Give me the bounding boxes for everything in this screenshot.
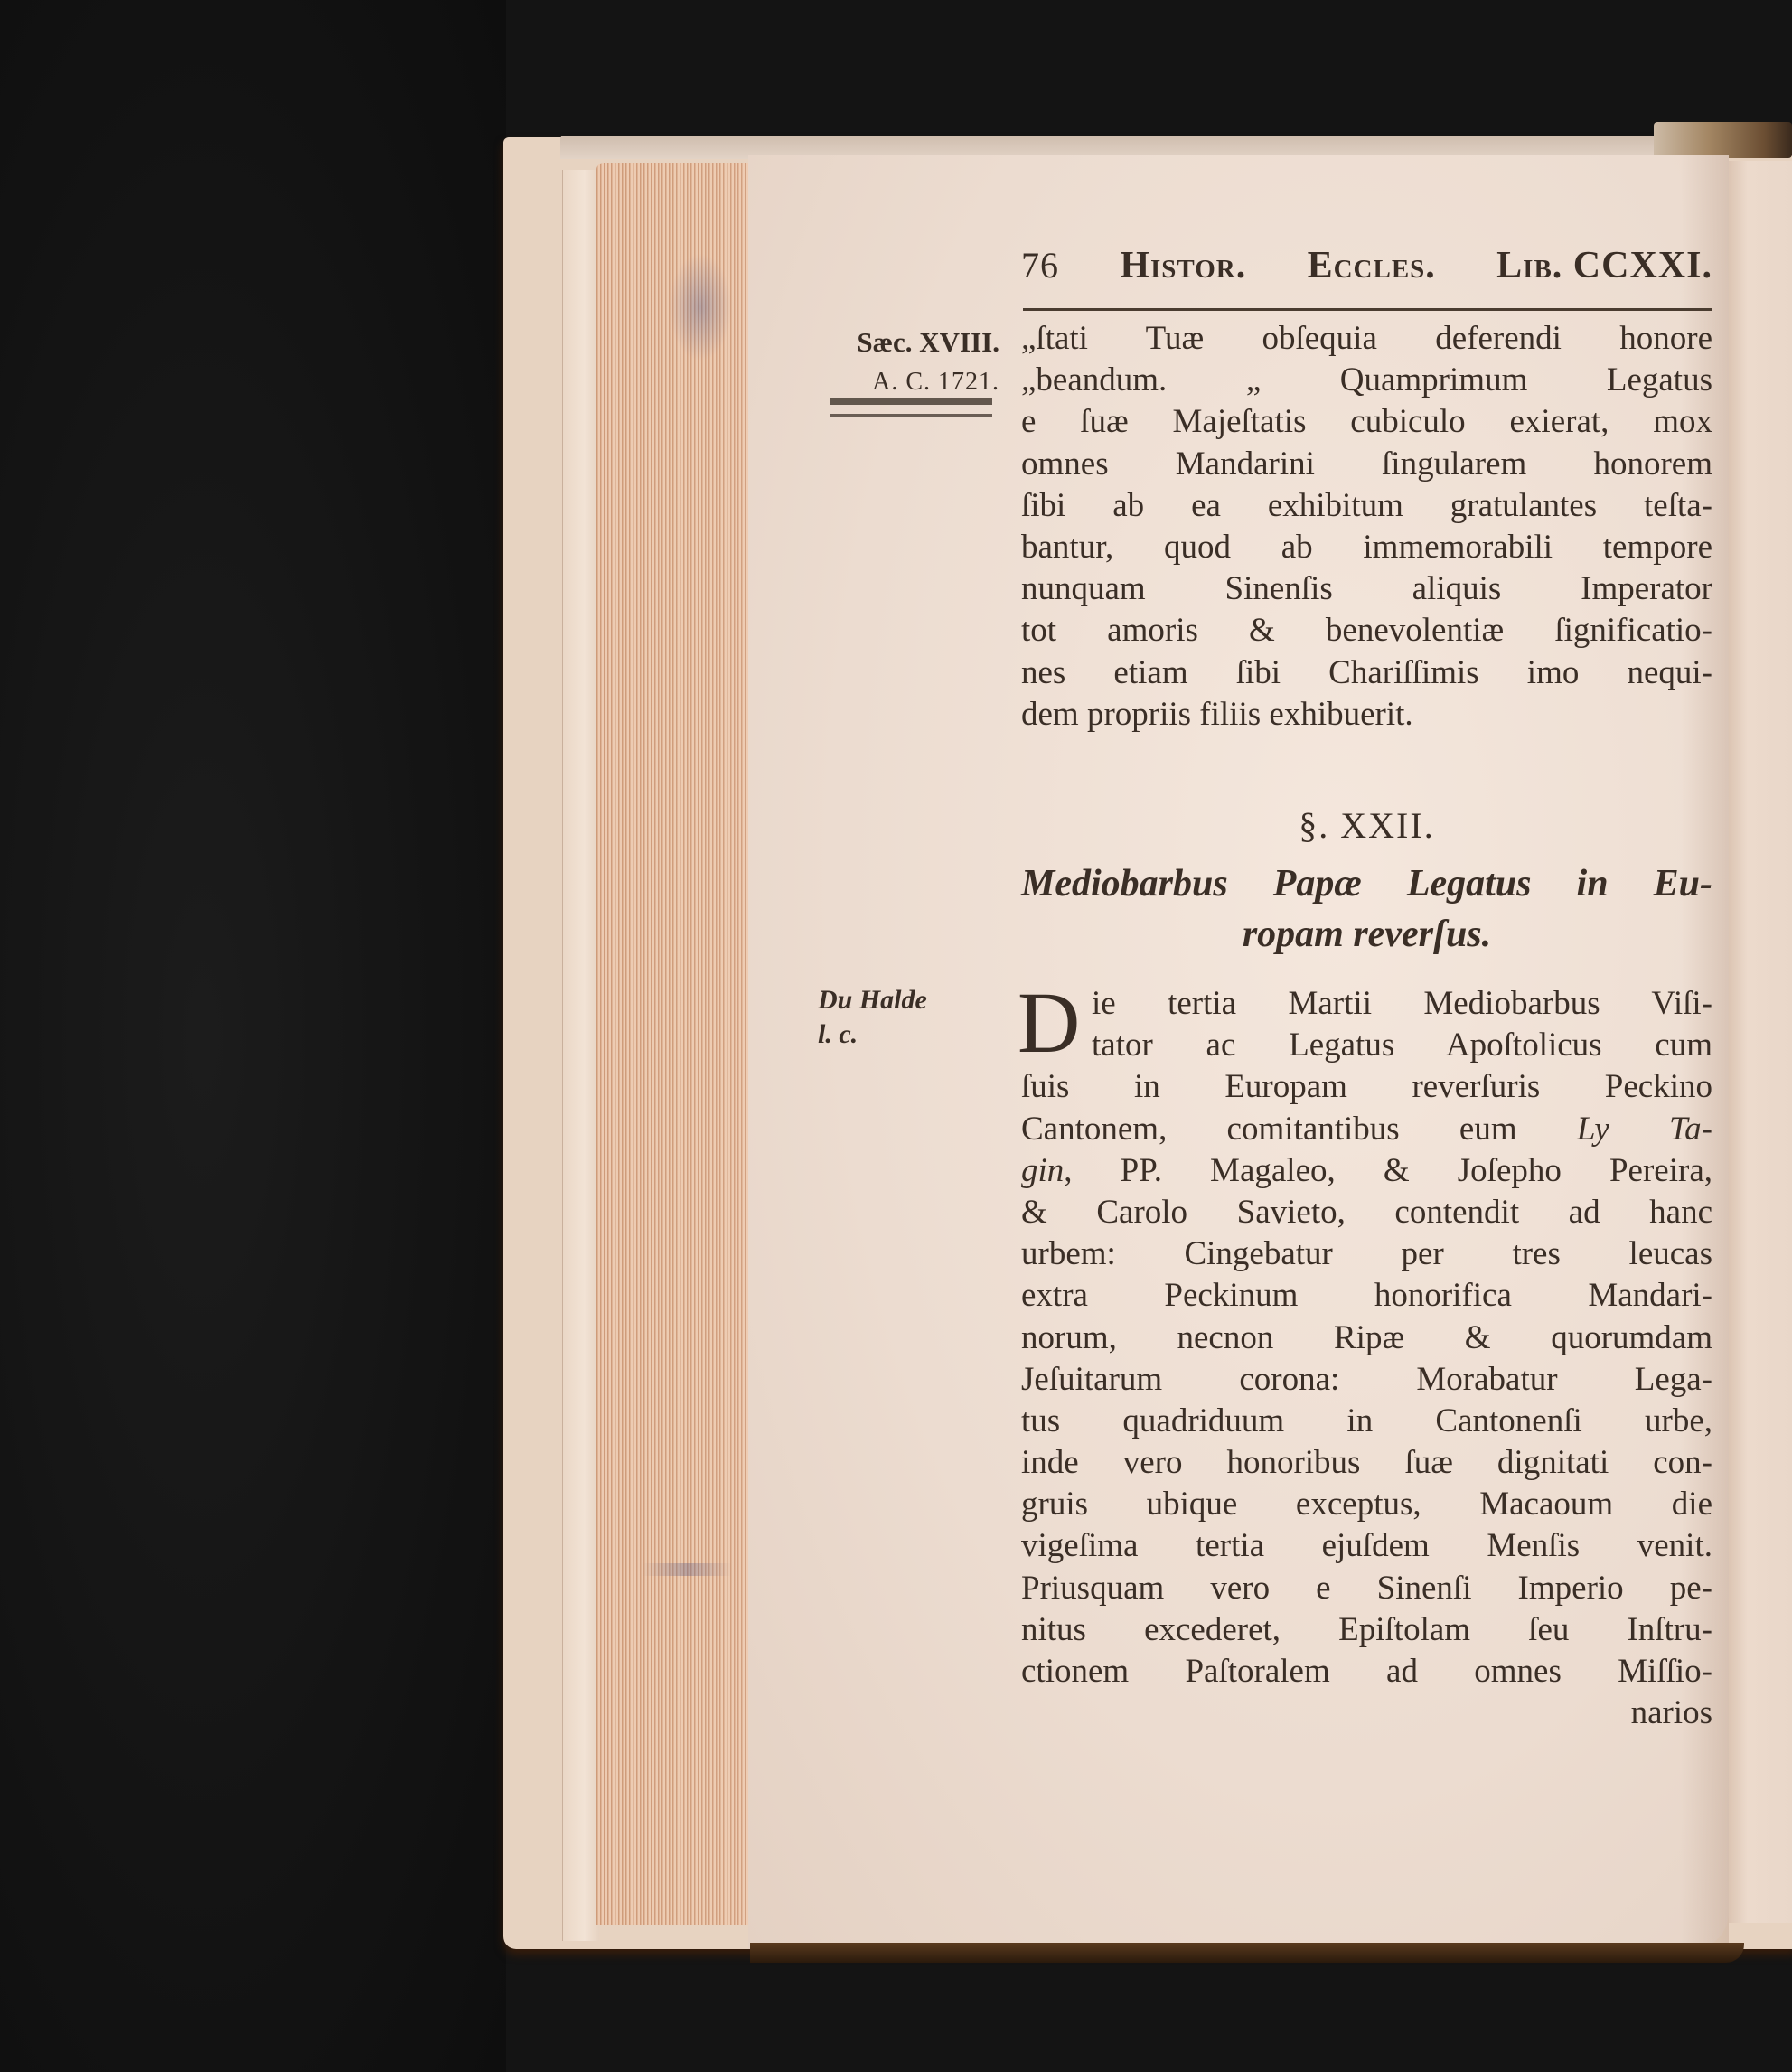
text-line: omnes Mandarini ſingularem honorem [1021,444,1712,485]
section-title-line-2: ropam reverſus. [1021,909,1712,960]
running-head-book: Lib. CCXXI. [1496,244,1712,287]
text-line: „beandum. „ Quamprimum Legatus [1021,360,1712,401]
paragraph-1: „ſtati Tuæ obſequia deferendi honore „be… [1021,318,1712,736]
header-rule [1023,308,1712,311]
text-line: bantur, quod ab immemorabili tempore [1021,527,1712,568]
text-line: ſuis in Europam reverſuris Peckino [1021,1066,1712,1108]
text-line: & Carolo Savieto, contendit ad hanc [1021,1192,1712,1233]
text-line: tator ac Legatus Apoſtolicus cum [1021,1025,1712,1066]
text-line: dem propriis filiis exhibuerit. [1021,694,1712,736]
italic-name-cont: gin [1021,1152,1064,1189]
reference-loc: l. c. [818,1017,999,1052]
page-number: 76 [1021,244,1059,286]
running-head-title: Histor. [1120,244,1246,287]
text-line: e ſuæ Majeſtatis cubiculo exierat, mox [1021,401,1712,443]
text-line: vigeſima tertia ejuſdem Menſis venit. [1021,1525,1712,1567]
text-line: „ſtati Tuæ obſequia deferendi honore [1021,318,1712,360]
catchword: narios [1021,1692,1712,1734]
section-title-line-1: Mediobarbus Papæ Legatus in Eu- [1021,858,1712,909]
worn-spine-corner [1654,122,1792,158]
reference-author: Du Halde [818,983,999,1017]
italic-name: Ly Ta- [1577,1111,1712,1148]
text-line: ſibi ab ea exhibitum gratulantes teſta- [1021,485,1712,527]
paragraph-2: ie tertia Martii Mediobarbus Viſi- tator… [1021,983,1712,1734]
section-number: §. XXII. [1021,804,1712,847]
section-title: Mediobarbus Papæ Legatus in Eu- ropam re… [1021,858,1712,960]
margin-rule-thin [830,414,992,417]
ink-stamp-mark [669,253,732,361]
text-line: Jeſuitarum corona: Morabatur Lega- [1021,1359,1712,1401]
following-page-edge [1729,161,1792,1923]
ink-mark [642,1563,732,1576]
margin-reference: Du Halde l. c. [818,983,999,1052]
running-head: 76 Histor. Eccles. Lib. CCXXI. [1021,244,1712,298]
text-fragment: , PP. Magaleo, & Joſepho Pereira, [1064,1152,1712,1189]
text-line: tus quadriduum in Cantonenſi urbe, [1021,1401,1712,1442]
text-line: extra Peckinum honorifica Mandari- [1021,1275,1712,1317]
page-bottom-shadow [750,1943,1744,1963]
text-line: Cantonem, comitantibus eum Ly Ta- [1021,1109,1712,1150]
text-line: ctionem Paſtoralem ad omnes Miſſio- [1021,1651,1712,1692]
text-line: gruis ubique exceptus, Macaoum die [1021,1484,1712,1525]
text-line: norum, necnon Ripæ & quorumdam [1021,1317,1712,1359]
page-block-edge [596,163,748,1925]
year-label: A. C. 1721. [795,362,999,402]
dark-background [0,0,506,2072]
text-line: urbem: Cingebatur per tres leucas [1021,1233,1712,1275]
margin-rule-thick [830,398,992,405]
century-label: Sæc. XVIII. [795,323,999,362]
text-fragment: Cantonem, comitantibus eum [1021,1111,1577,1148]
margin-date-note: Sæc. XVIII. A. C. 1721. [795,323,999,402]
text-line: nes etiam ſibi Chariſſimis imo nequi- [1021,652,1712,694]
running-head-title2: Eccles. [1308,244,1436,287]
text-line: nitus excederet, Epiſtolam ſeu Inſtru- [1021,1609,1712,1651]
text-line: gin, PP. Magaleo, & Joſepho Pereira, [1021,1150,1712,1192]
text-line: nunquam Sinenſis aliquis Imperator [1021,568,1712,610]
cover-inner-flap [562,170,599,1941]
text-line: inde vero honoribus ſuæ dignitati con- [1021,1442,1712,1484]
text-line: Priusquam vero e Sinenſi Imperio pe- [1021,1568,1712,1609]
text-line: ie tertia Martii Mediobarbus Viſi- [1021,983,1712,1025]
text-line: tot amoris & benevolentiæ ſignificatio- [1021,610,1712,652]
